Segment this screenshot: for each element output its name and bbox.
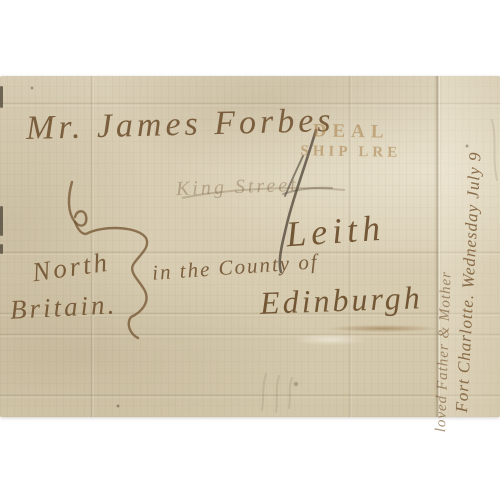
paper-edge-sliver	[0, 206, 3, 236]
paper-scrape-mark	[294, 334, 366, 345]
postmark-line-2: SHIP LRE	[296, 143, 406, 162]
town-line: Leith	[285, 207, 387, 256]
ink-stain-underline	[330, 325, 436, 332]
paper-edge-sliver	[0, 244, 3, 254]
photo-frame: Mr. James Forbes King Street Leith in th…	[0, 0, 500, 500]
street-line: King Street	[176, 174, 300, 201]
paper-edge-sliver	[0, 86, 3, 108]
crease-horizontal	[0, 394, 500, 398]
addressee-line: Mr. James Forbes	[26, 102, 335, 148]
city-line: Edinburgh	[259, 279, 423, 322]
country-line-2: Britain.	[9, 289, 118, 326]
postmark-line-1: DEAL	[296, 120, 406, 144]
letter-paper: Mr. James Forbes King Street Leith in th…	[0, 76, 500, 417]
crease-horizontal	[0, 333, 500, 337]
postmark-stamp: DEAL SHIP LRE	[296, 120, 407, 162]
